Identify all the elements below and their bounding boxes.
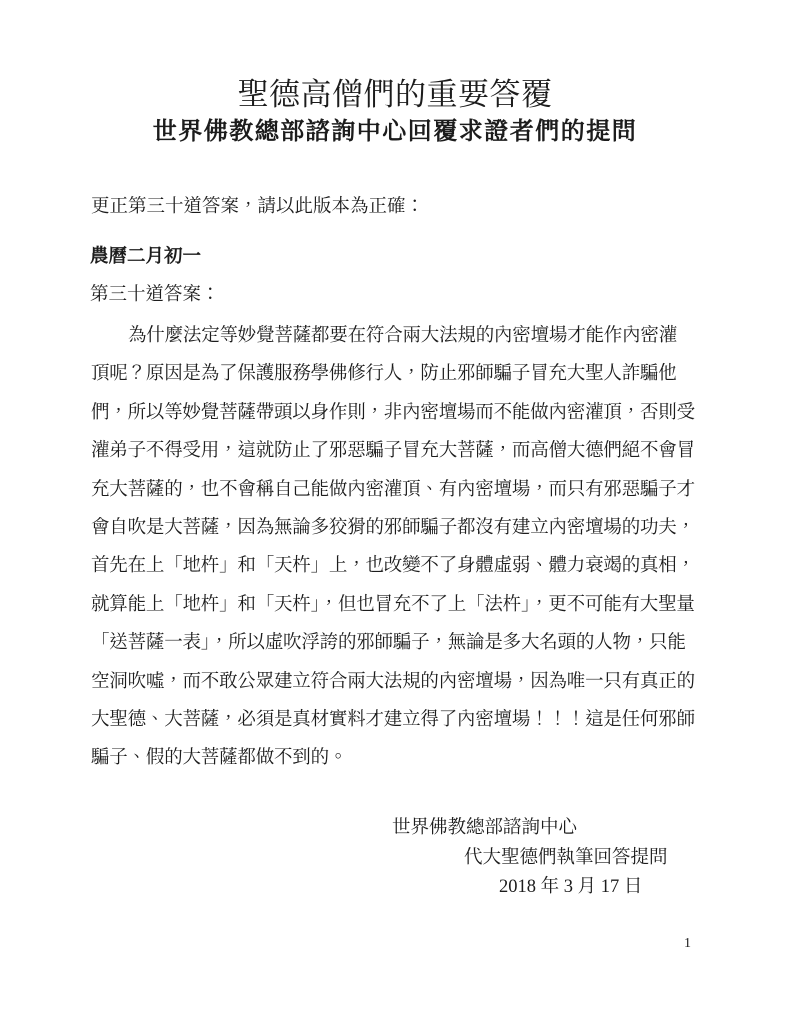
paragraph-line: 首先在上「地杵」和「天杵」上，也改變不了身體虛弱、體力衰竭的真相， <box>91 547 703 585</box>
paragraph-line: 會自吹是大菩薩，因為無論多狡猾的邪師騙子都沒有建立內密壇場的功夫， <box>91 509 703 547</box>
paragraph-line: 騙子、假的大菩薩都做不到的。 <box>91 739 703 777</box>
paragraph-line: 灌弟子不得受用，這就防止了邪惡騙子冒充大菩薩，而高僧大德們絕不會冒 <box>91 432 703 470</box>
signature-byline: 代大聖德們執筆回答提問 <box>464 847 668 869</box>
paragraph-line: 頂呢？原因是為了保護服務學佛修行人，防止邪師騙子冒充大聖人詐騙他 <box>91 355 703 393</box>
lunar-date-heading: 農曆二月初一 <box>90 246 201 269</box>
signature-date: 2018 年 3 月 17 日 <box>499 876 642 898</box>
paragraph-line: 空洞吹噓，而不敢公眾建立符合兩大法規的內密壇場，因為唯一只有真正的 <box>91 663 703 701</box>
paragraph-line: 「送菩薩一表」，所以虛吹浮誇的邪師騙子，無論是多大名頭的人物，只能 <box>91 624 703 662</box>
page-subtitle: 世界佛教總部諮詢中心回覆求證者們的提問 <box>0 118 790 147</box>
paragraph-line: 為什麼法定等妙覺菩薩都要在符合兩大法規的內密壇場才能作內密灌 <box>91 317 703 355</box>
paragraph-line: 們，所以等妙覺菩薩帶頭以身作則，非內密壇場而不能做內密灌頂，否則受 <box>91 394 703 432</box>
page-title: 聖德高僧們的重要答覆 <box>0 76 790 113</box>
paragraph-line: 充大菩薩的，也不會稱自己能做內密灌頂、有內密壇場，而只有邪惡騙子才 <box>91 471 703 509</box>
signature-org: 世界佛教總部諮詢中心 <box>392 817 577 839</box>
page-number: 1 <box>684 936 691 953</box>
correction-note: 更正第三十道答案，請以此版本為正確： <box>91 196 424 219</box>
answer-heading: 第三十道答案： <box>90 284 220 307</box>
paragraph-line: 大聖德、大菩薩，必須是真材實料才建立得了內密壇場！！！這是任何邪師 <box>91 701 703 739</box>
document-page: 聖德高僧們的重要答覆 世界佛教總部諮詢中心回覆求證者們的提問 更正第三十道答案，… <box>0 0 790 1022</box>
paragraph-line: 就算能上「地杵」和「天杵」，但也冒充不了上「法杵」，更不可能有大聖量 <box>91 586 703 624</box>
answer-paragraph: 為什麼法定等妙覺菩薩都要在符合兩大法規的內密壇場才能作內密灌 頂呢？原因是為了保… <box>91 317 703 778</box>
